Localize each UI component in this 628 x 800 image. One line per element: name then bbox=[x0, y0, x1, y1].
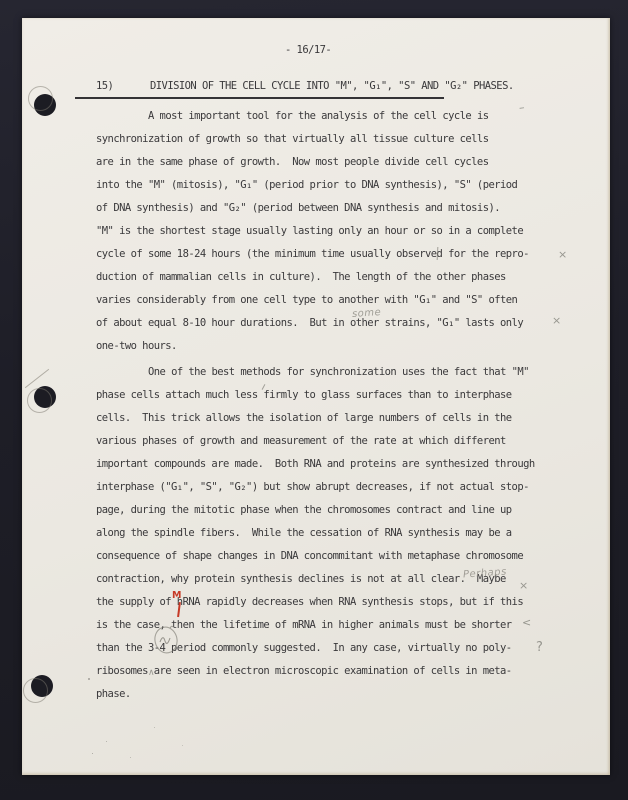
pencil-question-mark: ? bbox=[536, 640, 543, 655]
text-line: of DNA synthesis) and "G₂" (period betwe… bbox=[96, 197, 556, 220]
text-line: cells. This trick allows the isolation o… bbox=[96, 407, 556, 430]
text-line: A most important tool for the analysis o… bbox=[96, 105, 556, 128]
document-page: - 16/17- 15) DIVISION OF THE CELL CYCLE … bbox=[22, 18, 610, 775]
text-line: cycle of some 18-24 hours (the minimum t… bbox=[96, 243, 556, 266]
paragraph-1: A most important tool for the analysis o… bbox=[96, 105, 556, 358]
text-line: various phases of growth and measurement… bbox=[96, 430, 556, 453]
text-line: important compounds are made. Both RNA a… bbox=[96, 453, 556, 476]
text-line: page, during the mitotic phase when the … bbox=[96, 499, 556, 522]
text-line: consequence of shape changes in DNA conc… bbox=[96, 545, 556, 568]
text-line: ribosomes are seen in electron microscop… bbox=[96, 660, 556, 683]
pencil-circled-squiggle bbox=[148, 624, 182, 656]
heading-underline bbox=[75, 97, 444, 99]
pencil-cross-mark-maybe: × bbox=[519, 579, 528, 592]
text-line: varies considerably from one cell type t… bbox=[96, 289, 556, 312]
pencil-dash-mark: – bbox=[518, 101, 525, 115]
punch-hole-middle bbox=[34, 386, 56, 408]
pencil-dot-mark bbox=[88, 678, 90, 680]
pencil-insert-caret: ∧ bbox=[148, 668, 155, 678]
section-number: 15) bbox=[96, 75, 113, 98]
page-number: - 16/17- bbox=[285, 39, 331, 62]
text-line: duction of mammalian cells in culture). … bbox=[96, 266, 556, 289]
text-line: into the "M" (mitosis), "G₁" (period pri… bbox=[96, 174, 556, 197]
paper-specks bbox=[92, 753, 93, 754]
text-line: along the spindle fibers. While the cess… bbox=[96, 522, 556, 545]
pencil-less-than-mark: < bbox=[522, 616, 531, 629]
text-line: phase cells attach much less firmly to g… bbox=[96, 384, 556, 407]
handwritten-word-some: some bbox=[352, 307, 382, 320]
pencil-cross-mark-1: × bbox=[558, 248, 567, 261]
punch-hole-top bbox=[34, 94, 56, 116]
punch-hole-bottom bbox=[31, 675, 53, 697]
text-line: One of the best methods for synchronizat… bbox=[96, 361, 556, 384]
text-line: interphase ("G₁", "S", "G₂") but show ab… bbox=[96, 476, 556, 499]
text-line: "M" is the shortest stage usually lastin… bbox=[96, 220, 556, 243]
text-line: synchronization of growth so that virtua… bbox=[96, 128, 556, 151]
text-line: one-two hours. bbox=[96, 335, 556, 358]
text-line: of about equal 8-10 hour durations. But … bbox=[96, 312, 556, 335]
section-heading: DIVISION OF THE CELL CYCLE INTO "M", "G₁… bbox=[150, 75, 530, 98]
text-line: phase. bbox=[96, 683, 556, 706]
text-line: are in the same phase of growth. Now mos… bbox=[96, 151, 556, 174]
pencil-cross-mark-2: × bbox=[552, 314, 561, 327]
red-correction-letter: M bbox=[172, 590, 181, 601]
text-line: the supply of hRNA rapidly decreases whe… bbox=[96, 591, 556, 614]
